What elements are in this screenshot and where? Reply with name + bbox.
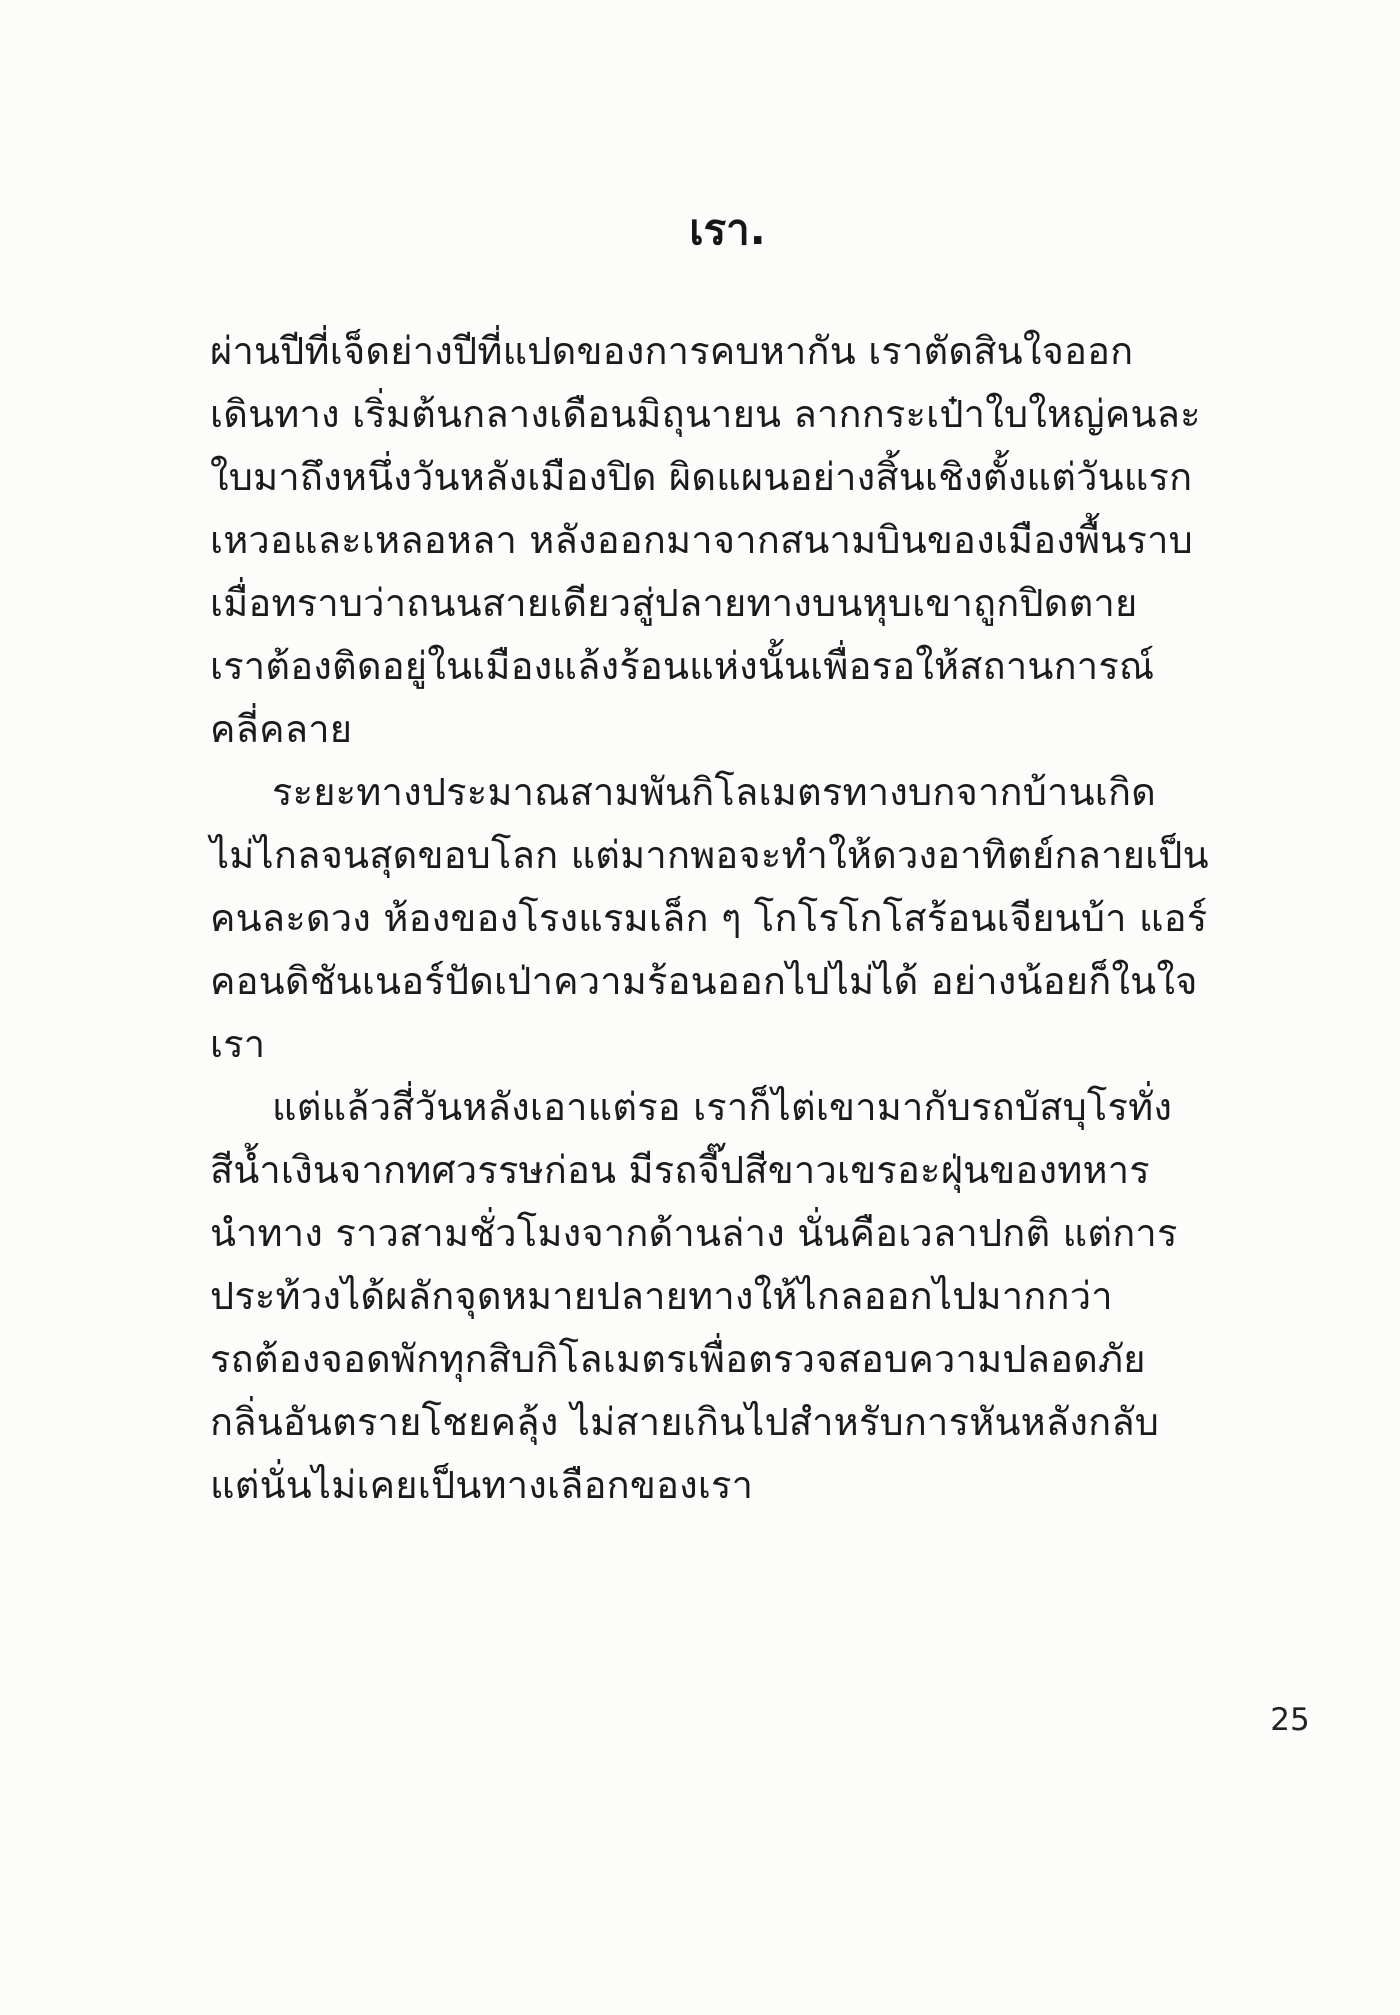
text-line: คลี่คลาย [210,698,1270,761]
text-line: ผ่านปีที่เจ็ดย่างปีที่แปดของการคบหากัน เ… [210,320,1270,383]
text-line: แต่แล้วสี่วันหลังเอาแต่รอ เราก็ไต่เขามาก… [210,1076,1270,1139]
page-body: ผ่านปีที่เจ็ดย่างปีที่แปดของการคบหากัน เ… [210,320,1270,1517]
text-line: เมื่อทราบว่าถนนสายเดียวสู่ปลายทางบนหุบเข… [210,572,1270,635]
text-line: กลิ่นอันตรายโชยคลุ้ง ไม่สายเกินไปสำหรับก… [210,1391,1270,1454]
paragraph: ระยะทางประมาณสามพันกิโลเมตรทางบกจากบ้านเ… [210,761,1270,1076]
text-line: นำทาง ราวสามชั่วโมงจากด้านล่าง นั่นคือเว… [210,1202,1270,1265]
text-line: เรา [210,1013,1270,1076]
text-line: ประท้วงได้ผลักจุดหมายปลายทางให้ไกลออกไปม… [210,1265,1270,1328]
text-line: ระยะทางประมาณสามพันกิโลเมตรทางบกจากบ้านเ… [210,761,1270,824]
text-line: เหวอและเหลอหลา หลังออกมาจากสนามบินของเมื… [210,509,1270,572]
text-line: คอนดิชันเนอร์ปัดเป่าความร้อนออกไปไม่ได้ … [210,950,1270,1013]
book-page: เรา. ผ่านปีที่เจ็ดย่างปีที่แปดของการคบหา… [0,0,1400,2015]
text-line: คนละดวง ห้องของโรงแรมเล็ก ๆ โกโรโกโสร้อน… [210,887,1270,950]
paragraph: แต่แล้วสี่วันหลังเอาแต่รอ เราก็ไต่เขามาก… [210,1076,1270,1517]
text-line: เดินทาง เริ่มต้นกลางเดือนมิถุนายน ลากกระ… [210,383,1270,446]
text-line: ไม่ไกลจนสุดขอบโลก แต่มากพอจะทำให้ดวงอาทิ… [210,824,1270,887]
text-line: รถต้องจอดพักทุกสิบกิโลเมตรเพื่อตรวจสอบคว… [210,1328,1270,1391]
chapter-title: เรา. [210,200,1245,260]
page-number: 25 [1245,1702,1335,1738]
text-line: ใบมาถึงหนึ่งวันหลังเมืองปิด ผิดแผนอย่างส… [210,446,1270,509]
text-line: เราต้องติดอยู่ในเมืองแล้งร้อนแห่งนั้นเพื… [210,635,1270,698]
text-line: แต่นั่นไม่เคยเป็นทางเลือกของเรา [210,1454,1270,1517]
text-line: สีน้ำเงินจากทศวรรษก่อน มีรถจี๊ปสีขาวเขรอ… [210,1139,1270,1202]
paragraph: ผ่านปีที่เจ็ดย่างปีที่แปดของการคบหากัน เ… [210,320,1270,761]
